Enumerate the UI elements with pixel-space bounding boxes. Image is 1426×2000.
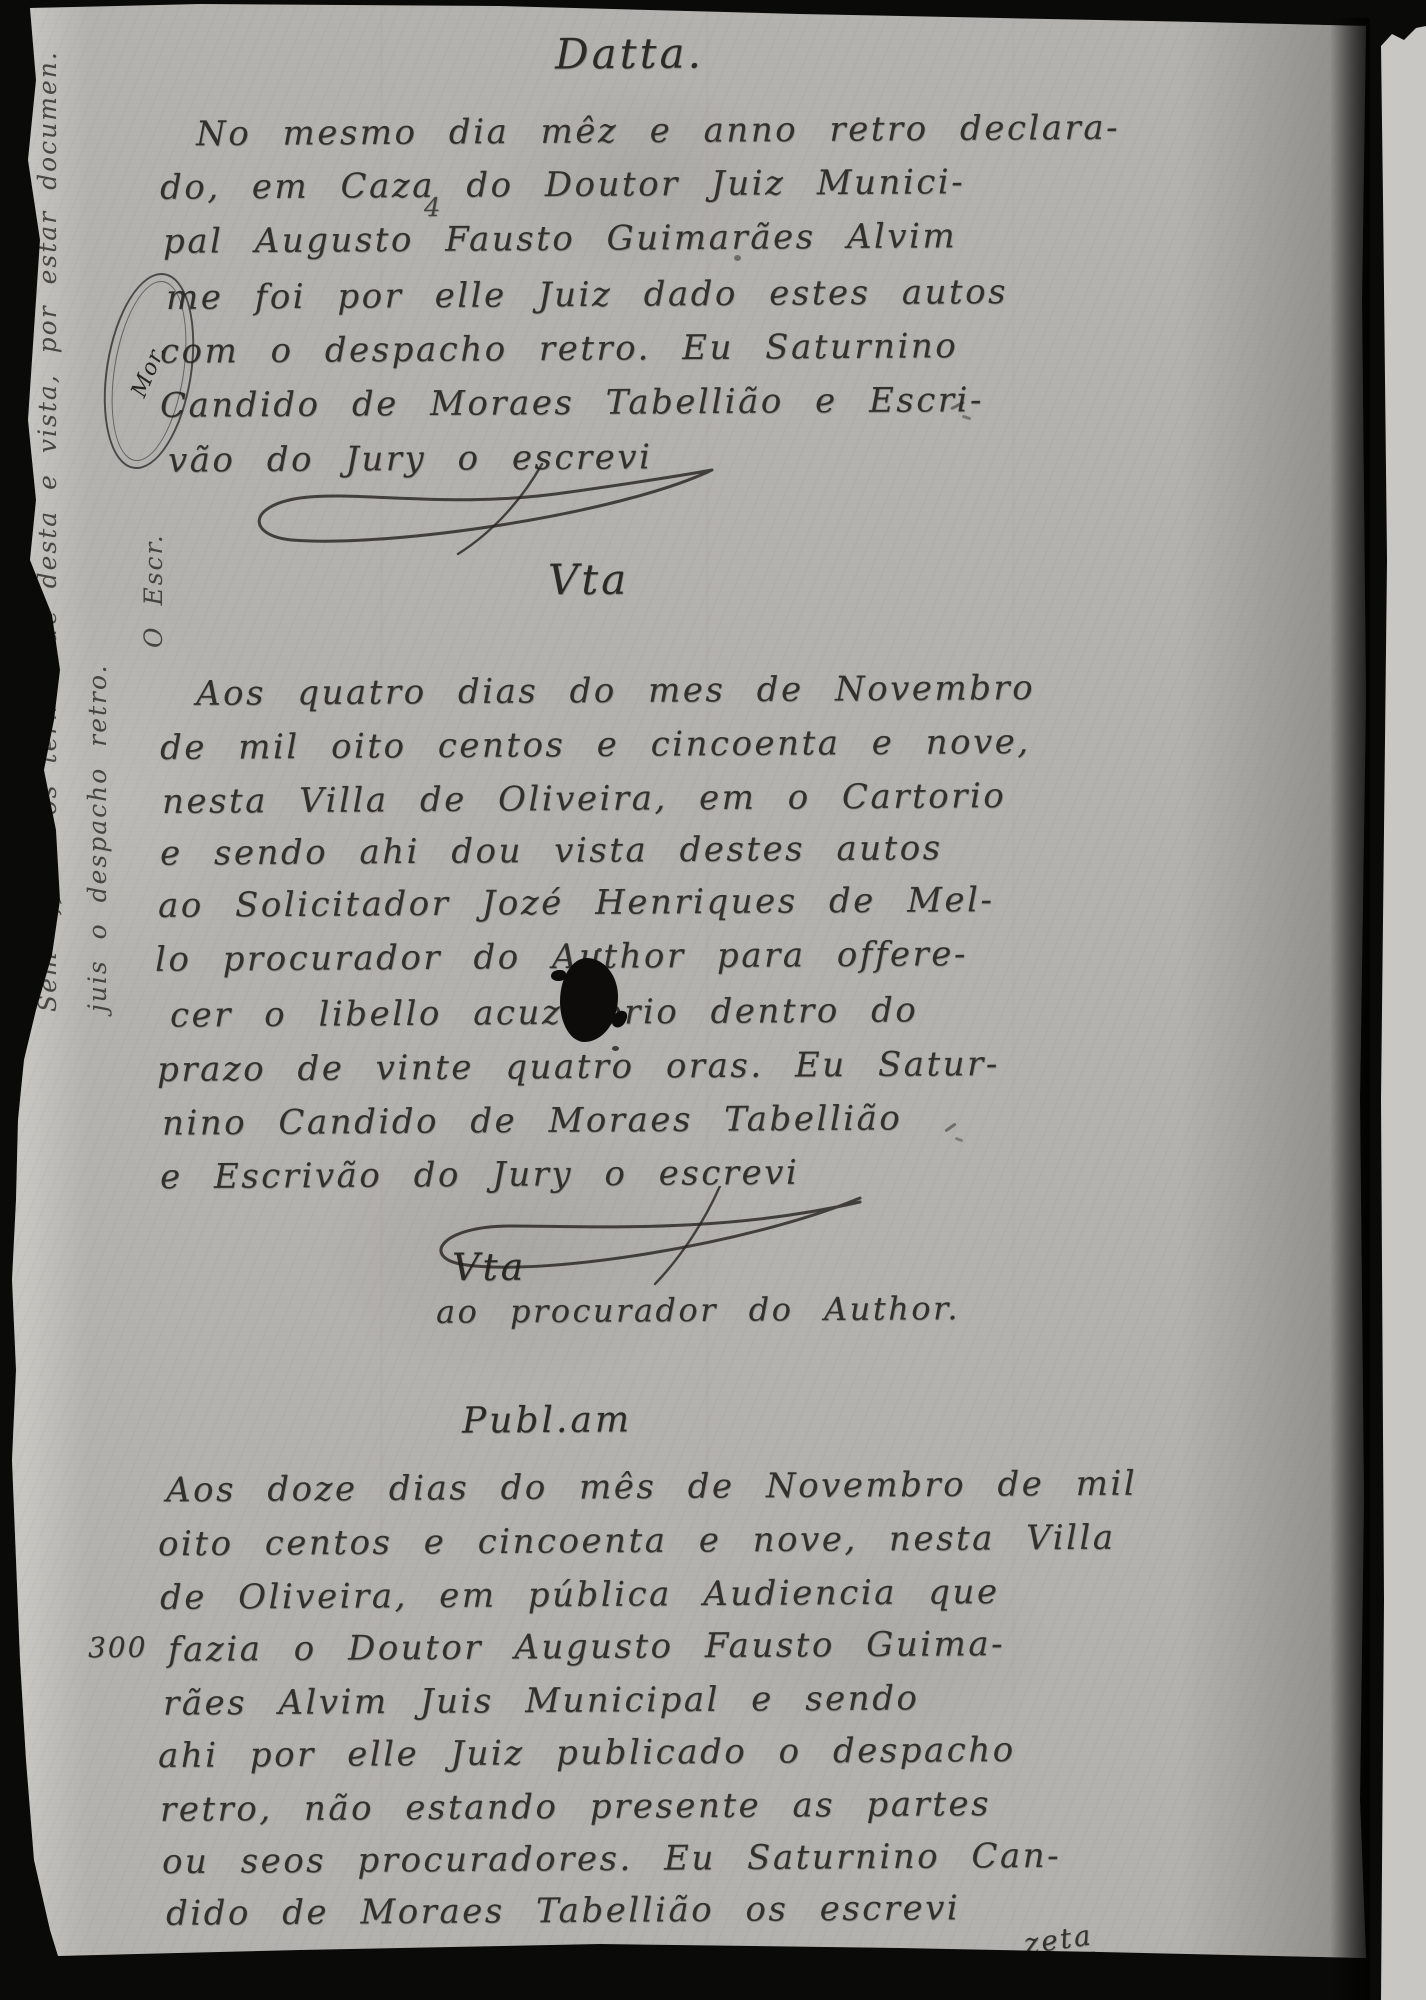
- margin-note-outer: Sem effeito os termos de desta e vista, …: [34, 52, 62, 1012]
- ink-speck: [944, 1123, 956, 1133]
- text-line: nino Candido de Moraes Tabellião: [162, 1099, 903, 1143]
- section-heading-vista: Vta: [548, 556, 630, 605]
- ink-speck: [597, 948, 602, 952]
- text-line: No mesmo dia mêz e anno retro declara-: [196, 109, 1120, 155]
- ink-speck: [612, 1046, 619, 1051]
- text-line: Aos doze dias do mês de Novembro de mil: [166, 1465, 1137, 1511]
- text-line: nesta Villa de Oliveira, em o Cartorio: [162, 777, 1007, 822]
- text-line: retro, não estando presente as partes: [160, 1785, 991, 1830]
- text-line: e sendo ahi dou vista destes autos: [160, 829, 943, 874]
- section-heading-vista-2: Vta: [452, 1246, 527, 1290]
- interlinear-mark: 4: [424, 194, 443, 224]
- manuscript-page: Datta. No mesmo dia mêz e anno retro dec…: [0, 0, 1426, 2000]
- section-heading-publicacao: Publ.am: [462, 1399, 632, 1442]
- text-line: de Oliveira, em pública Audiencia que: [160, 1573, 1000, 1618]
- text-line: Candido de Moraes Tabellião e Escri-: [160, 381, 984, 426]
- text-line: me foi por elle Juiz dado estes autos: [166, 273, 1008, 318]
- text-line: prazo de vinte quatro oras. Eu Satur-: [157, 1045, 1000, 1090]
- text-line: vão do Jury o escrevi: [168, 438, 653, 480]
- text-line: Aos quatro dias do mes de Novembro: [196, 669, 1035, 714]
- text-line: ahi por elle Juiz publicado o despacho: [158, 1731, 1016, 1776]
- clerk-rubric-text: Mor.: [127, 341, 171, 401]
- text-line: ou seos procuradores. Eu Saturnino Can-: [162, 1837, 1061, 1882]
- ink-speck: [734, 255, 741, 261]
- vista-note: ao procurador do Author.: [436, 1290, 960, 1330]
- text-line: de mil oito centos e cincoenta e nove,: [160, 723, 1031, 768]
- text-line: oito centos e cincoenta e nove, nesta Vi…: [158, 1519, 1116, 1565]
- paper-crease: [1012, 10, 1015, 1952]
- ink-speck: [955, 1137, 964, 1143]
- margin-number: 300: [88, 1634, 148, 1662]
- text-line: pal Augusto Fausto Guimarães Alvim: [163, 217, 957, 262]
- text-line: fazia o Doutor Augusto Fausto Guima-: [168, 1625, 1005, 1670]
- text-line: rães Alvim Juis Municipal e sendo: [163, 1679, 920, 1723]
- catchword: zeta: [1022, 1919, 1095, 1962]
- text-line: dido de Moraes Tabellião os escrevi: [166, 1889, 960, 1934]
- text-line: do, em Caza do Doutor Juiz Munici-: [160, 163, 965, 208]
- clerk-signature: O Escr.: [140, 478, 168, 648]
- section-heading-datta: Datta.: [555, 29, 704, 78]
- scanned-manuscript: Datta. No mesmo dia mêz e anno retro dec…: [0, 0, 1426, 2000]
- text-line: e Escrivão do Jury o escrevi: [160, 1154, 800, 1198]
- text-line: com o despacho retro. Eu Saturnino: [160, 327, 959, 372]
- text-line: ao Solicitador Jozé Henriques de Mel-: [158, 881, 995, 926]
- text-line: cer o libello acuzatorio dentro do: [170, 991, 919, 1035]
- margin-note-inner: juis o despacho retro.: [84, 512, 112, 1012]
